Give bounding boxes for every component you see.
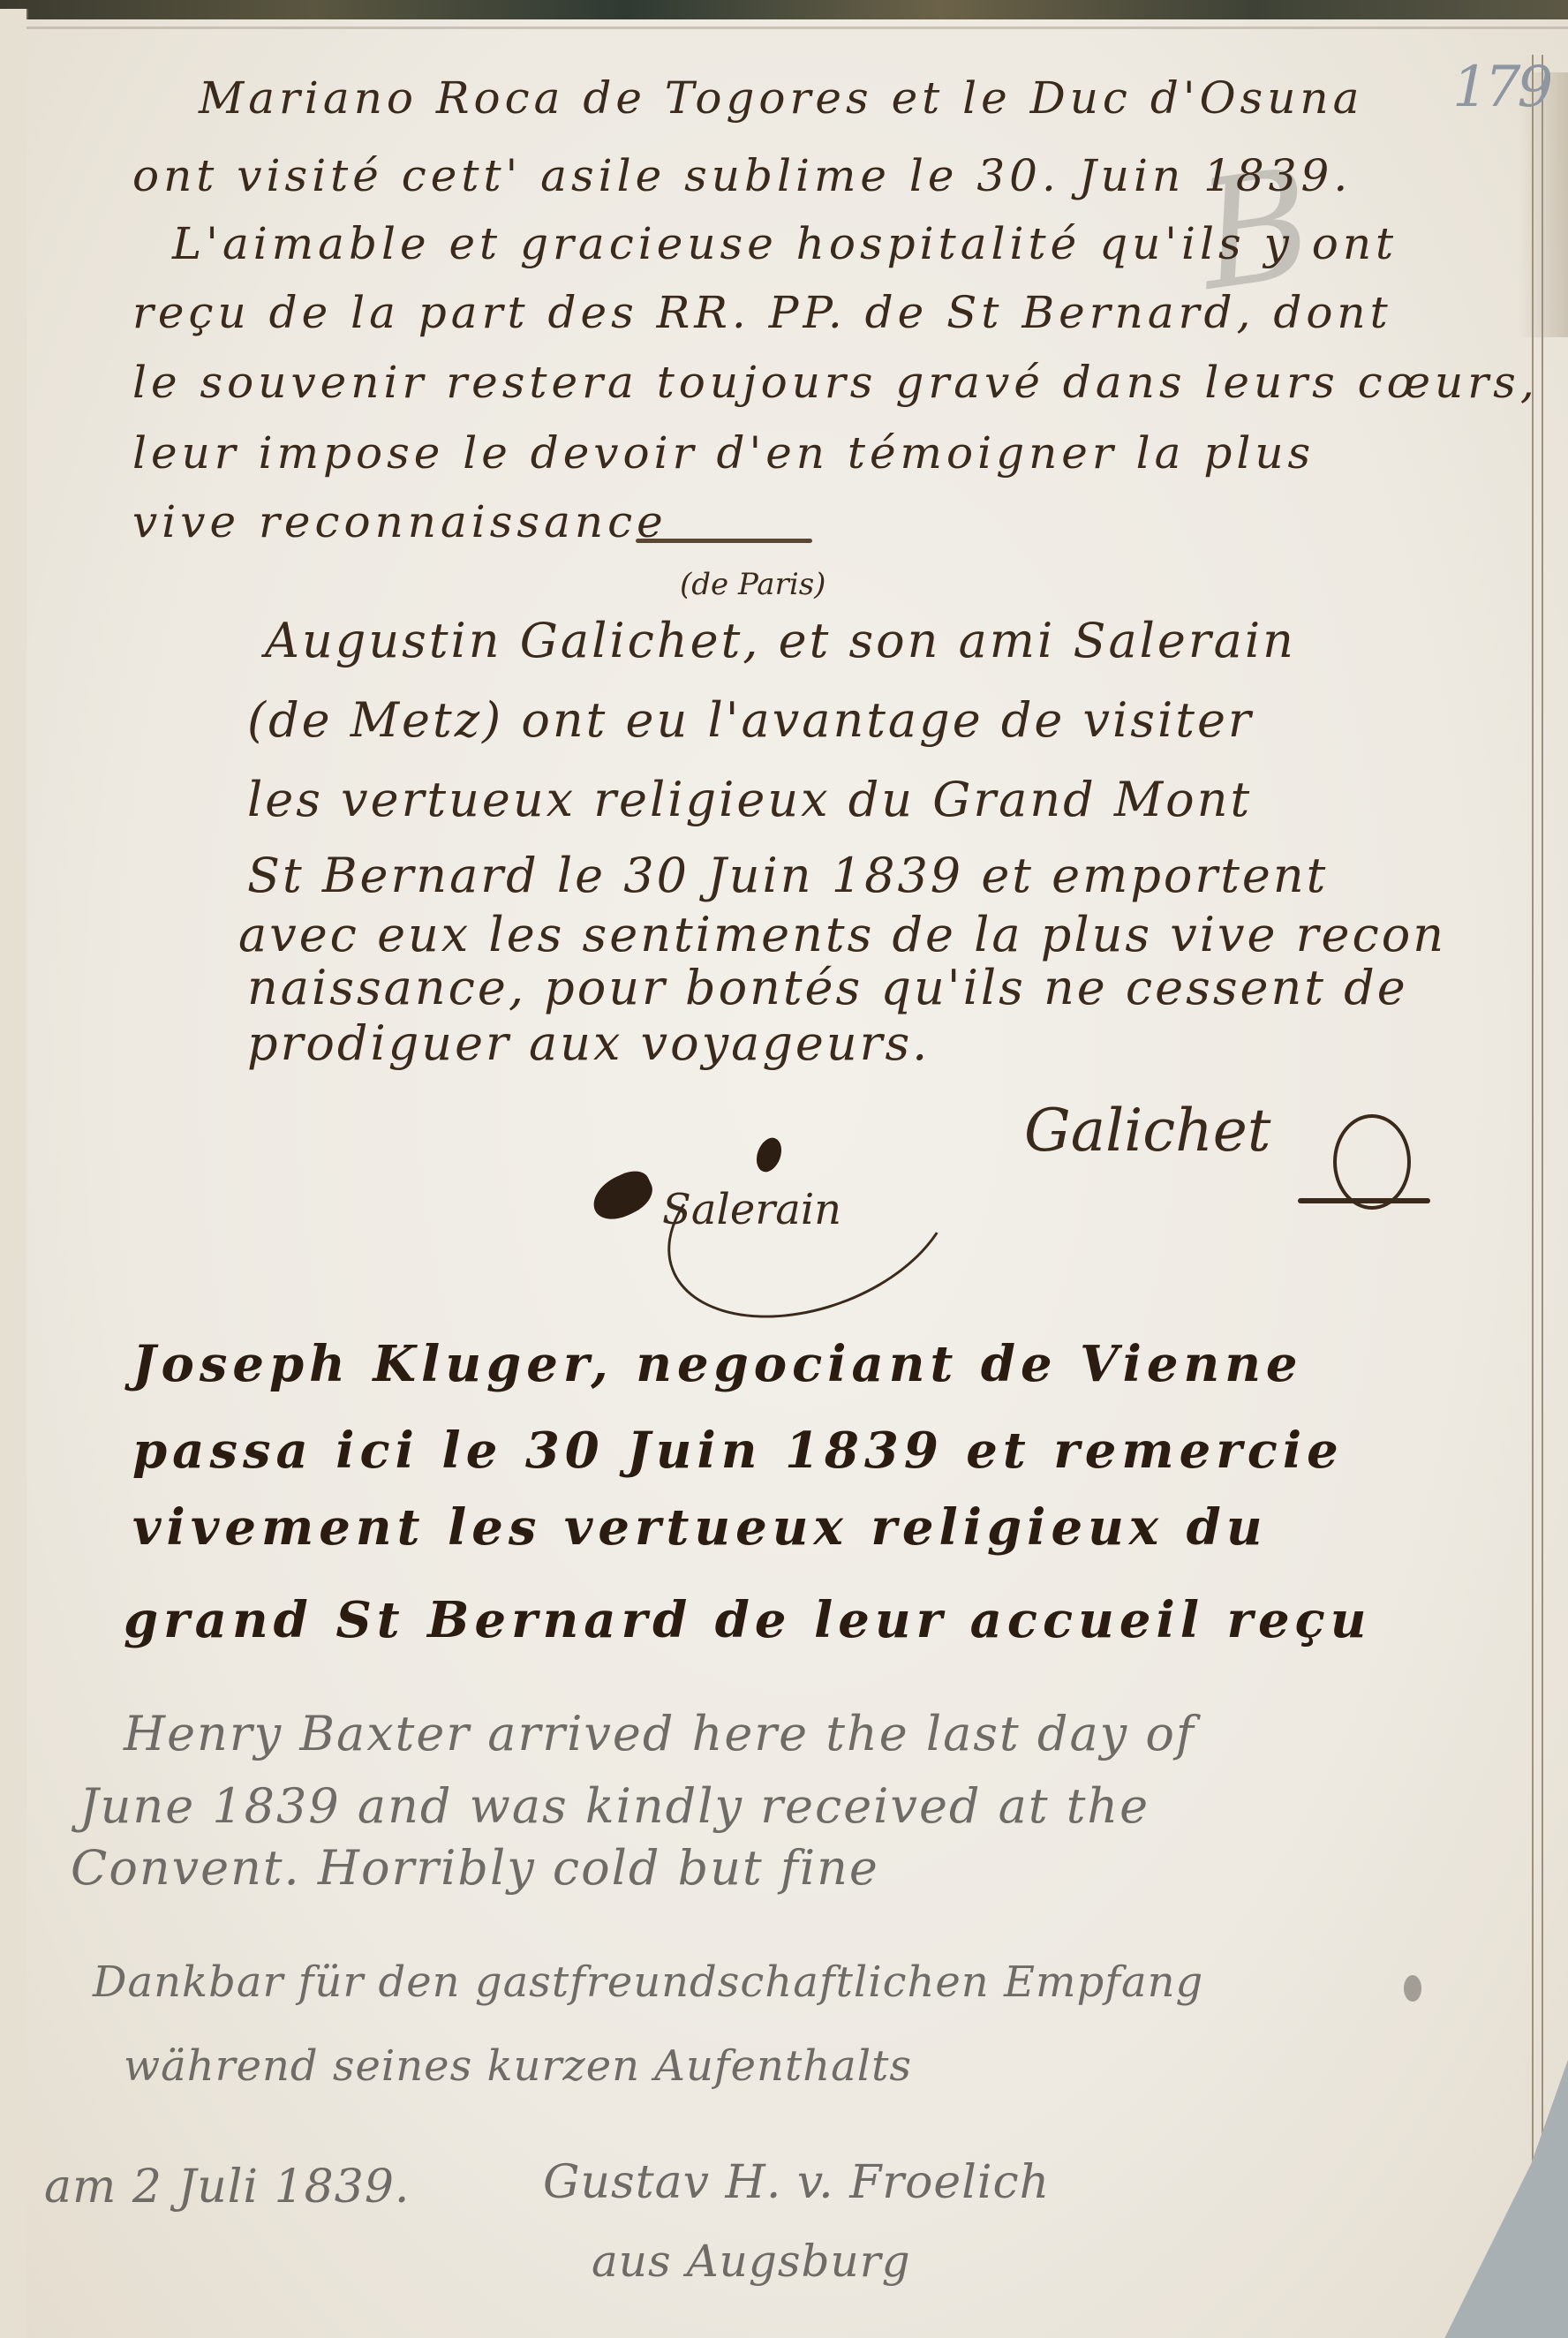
entry-line: avec eux les sentiments de la plus vive … <box>238 907 1446 962</box>
entry-line: grand St Bernard de leur accueil reçu <box>124 1591 1371 1649</box>
entry-line: (de Metz) ont eu l'avantage de visiter <box>247 692 1254 748</box>
entry-line: vive reconnaissance <box>132 496 667 547</box>
entry-line: Augustin Galichet, et son ami Salerain <box>265 613 1296 668</box>
entry-line: June 1839 and was kindly received at the <box>79 1778 1150 1834</box>
page-number: 179 <box>1452 55 1549 120</box>
entry-line: Mariano Roca de Togores et le Duc d'Osun… <box>199 72 1363 124</box>
entry-line: Joseph Kluger, negociant de Vienne <box>132 1335 1303 1393</box>
manuscript-page: 179 B Mariano Roca de Togores et le Duc … <box>26 19 1568 2338</box>
entry-line: prodiguer aux voyageurs. <box>247 1015 930 1071</box>
signature-froelich: Gustav H. v. Froelich <box>543 2156 1050 2209</box>
signature-origin: aus Augsburg <box>592 2236 911 2287</box>
signature-paraph <box>1333 1114 1411 1210</box>
entry-line: le souvenir restera toujours gravé dans … <box>132 357 1539 408</box>
entry-line: vivement les vertueux religieux du <box>132 1498 1268 1557</box>
margin-rule <box>1542 55 1543 2315</box>
ink-blot <box>586 1165 659 1226</box>
entry-date: am 2 Juli 1839. <box>44 2161 410 2214</box>
entry-line: leur impose le devoir d'en témoigner la … <box>132 427 1315 479</box>
entry-line: naissance, pour bontés qu'ils ne cessent… <box>247 960 1408 1015</box>
entry-line: passa ici le 30 Juin 1839 et remercie <box>132 1422 1344 1480</box>
page-top-edge <box>26 26 1568 29</box>
signature-flourish <box>640 1082 981 1354</box>
previous-page-edge <box>0 9 28 2338</box>
entry-line: ont visité cett' asile sublime le 30. Ju… <box>132 150 1352 201</box>
entry-line: Convent. Horribly cold but fine <box>71 1840 879 1896</box>
signature-galichet: Galichet <box>1024 1097 1270 1165</box>
entry-line: während seines kurzen Aufenthalts <box>124 2041 912 2091</box>
entry-line: L'aimable et gracieuse hospitalité qu'il… <box>172 218 1398 269</box>
ink-stain <box>1404 1975 1421 2002</box>
entry-line: reçu de la part des RR. PP. de St Bernar… <box>132 287 1392 338</box>
entry-line: St Bernard le 30 Juin 1839 et emportent <box>247 848 1328 903</box>
entry-line: Dankbar für den gastfreundschaftlichen E… <box>93 1957 1203 2007</box>
entry-line: Henry Baxter arrived here the last day o… <box>124 1706 1195 1761</box>
entry-annotation: (de Paris) <box>680 567 825 602</box>
entry-line: les vertueux religieux du Grand Mont <box>247 772 1252 827</box>
flourish-line <box>636 539 812 543</box>
signature-flourish <box>1298 1198 1430 1203</box>
